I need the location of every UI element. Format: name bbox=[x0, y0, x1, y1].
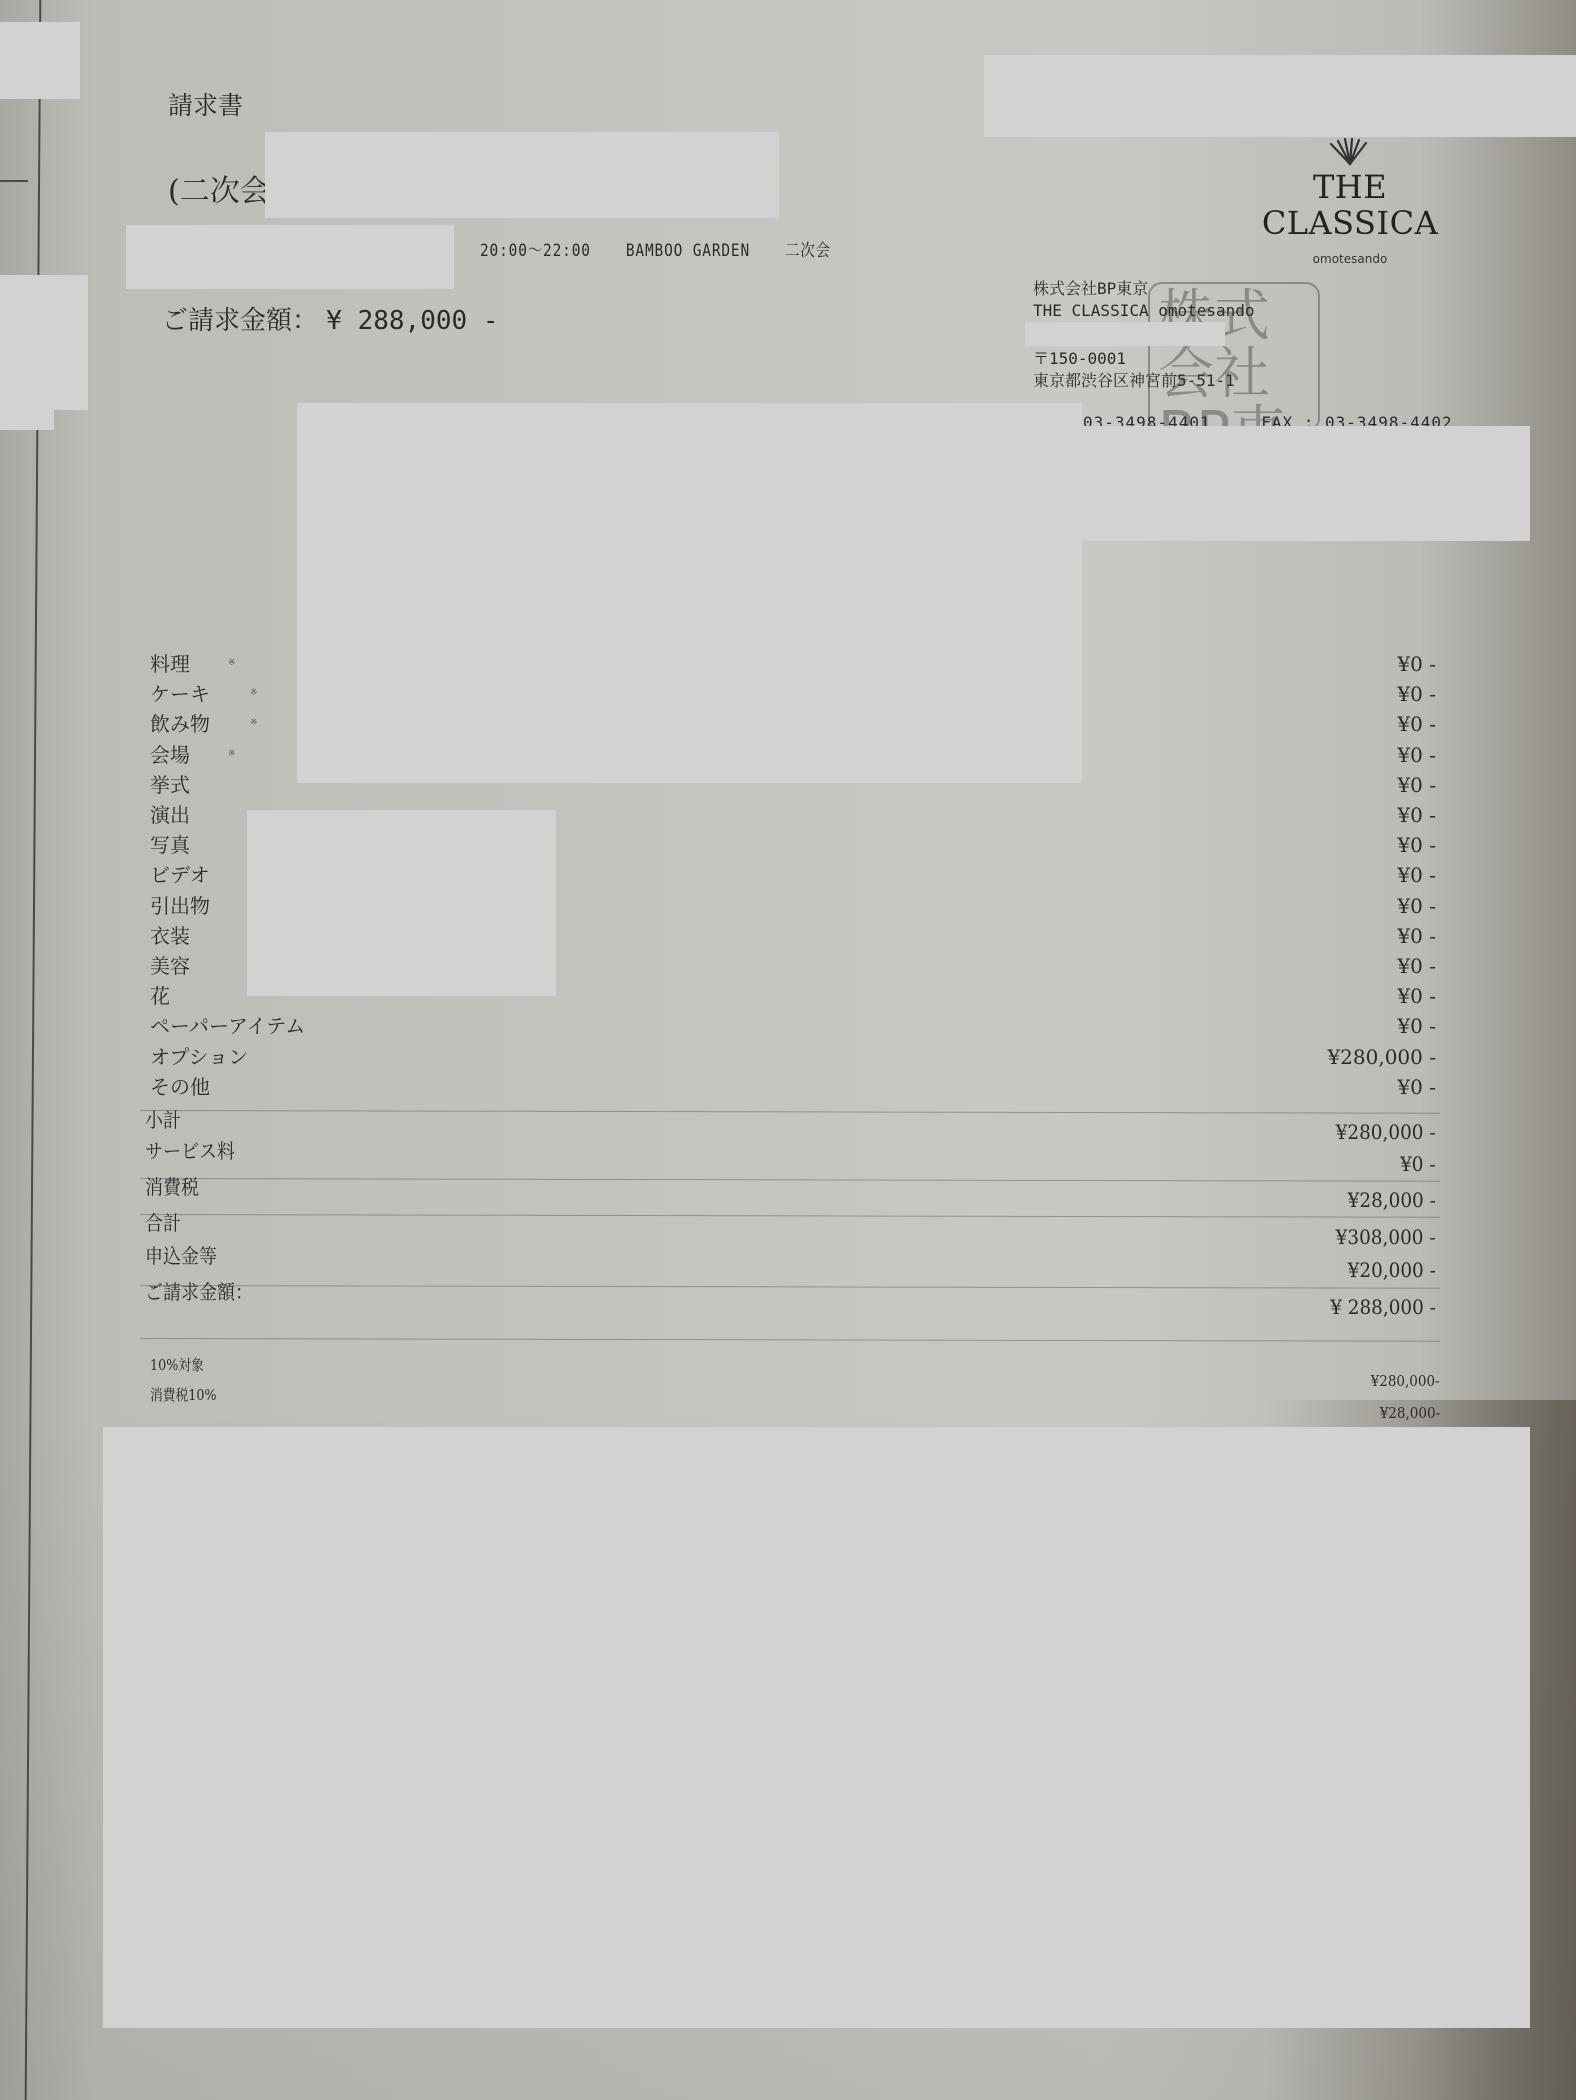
line-item-label: 写真 bbox=[150, 829, 190, 858]
billing-amount-label: ご請求金額： bbox=[162, 306, 318, 336]
summary-value: ¥20,000 - bbox=[1348, 1258, 1436, 1282]
line-item-label: ペーパーアイテム bbox=[150, 1010, 305, 1039]
summary-value: ¥308,000 - bbox=[1336, 1225, 1436, 1249]
line-item-mark: ※ bbox=[228, 658, 236, 668]
line-item-value: ¥0 - bbox=[1397, 803, 1436, 827]
redaction-box bbox=[0, 22, 80, 99]
summary-label: 消費税 bbox=[145, 1171, 199, 1200]
redaction-box bbox=[297, 403, 1082, 783]
summary-value: ¥280,000 - bbox=[1336, 1120, 1436, 1144]
tax-label: 10%対象 bbox=[150, 1354, 204, 1375]
postal-code: 〒150-0001 bbox=[1033, 346, 1126, 369]
logo-line2: CLASSICA bbox=[1260, 208, 1440, 238]
redaction-box bbox=[984, 55, 1576, 137]
company-name: 株式会社BP東京 bbox=[1033, 278, 1255, 300]
redaction-box bbox=[126, 225, 454, 289]
line-item-value: ¥0 - bbox=[1397, 924, 1436, 948]
line-item-label: 演出 bbox=[150, 799, 190, 828]
tax-label: 消費税10% bbox=[150, 1384, 217, 1405]
paper-fold-mark bbox=[0, 180, 28, 182]
summary-value: ¥ 288,000 - bbox=[1330, 1295, 1436, 1319]
tax-value: ¥280,000- bbox=[1371, 1372, 1440, 1390]
line-item-value: ¥280,000 - bbox=[1327, 1045, 1436, 1069]
redaction-box bbox=[265, 132, 779, 218]
line-item-value: ¥0 - bbox=[1397, 894, 1436, 918]
document-title: 請求書 bbox=[168, 86, 243, 122]
summary-label: ご請求金額： bbox=[145, 1276, 253, 1305]
redaction-box bbox=[247, 810, 556, 996]
event-venue: BAMBOO GARDEN bbox=[626, 241, 750, 261]
divider-rule bbox=[140, 1285, 1440, 1289]
line-item-value: ¥0 - bbox=[1397, 1075, 1436, 1099]
event-info: 20:00〜22:00 BAMBOO GARDEN 二次会 bbox=[480, 236, 856, 261]
line-item-value: ¥0 - bbox=[1397, 1014, 1436, 1038]
line-item-value: ¥0 - bbox=[1397, 984, 1436, 1008]
line-item-value: ¥0 - bbox=[1397, 863, 1436, 887]
billing-amount-header: ご請求金額： ¥ 288,000 - bbox=[162, 300, 498, 337]
line-item-value: ¥0 - bbox=[1397, 712, 1436, 736]
redaction-box bbox=[0, 400, 54, 430]
line-item-value: ¥0 - bbox=[1397, 743, 1436, 767]
line-item-label: 引出物 bbox=[150, 890, 210, 919]
line-item-label: ビデオ bbox=[150, 859, 210, 888]
line-item-mark: ※ bbox=[250, 688, 258, 698]
event-time: 20:00〜22:00 bbox=[480, 241, 591, 261]
billing-amount-value: ¥ 288,000 - bbox=[326, 306, 498, 336]
line-item-value: ¥0 - bbox=[1397, 833, 1436, 857]
line-item-label: 美容 bbox=[150, 950, 190, 979]
line-item-mark: ※ bbox=[228, 749, 236, 759]
line-item-label: 挙式 bbox=[150, 769, 190, 798]
divider-rule bbox=[140, 1178, 1440, 1182]
divider-rule bbox=[140, 1110, 1440, 1114]
summary-value: ¥28,000 - bbox=[1348, 1188, 1436, 1212]
divider-rule bbox=[140, 1214, 1440, 1218]
logo-line1: THE bbox=[1260, 172, 1440, 202]
line-item-label: その他 bbox=[150, 1071, 210, 1100]
divider-rule bbox=[140, 1338, 1440, 1342]
line-item-value: ¥0 - bbox=[1397, 652, 1436, 676]
redaction-box bbox=[1025, 322, 1225, 346]
issuer-logo: THE CLASSICA omotesando bbox=[1260, 138, 1440, 266]
redaction-box bbox=[1082, 426, 1530, 541]
line-item-label: 花 bbox=[150, 980, 170, 1009]
line-item-label: オプション bbox=[150, 1041, 248, 1070]
venue-name: THE CLASSICA omotesando bbox=[1033, 300, 1255, 322]
tax-value: ¥28,000- bbox=[1380, 1404, 1440, 1422]
redaction-box bbox=[103, 1427, 1530, 2028]
summary-label: 申込金等 bbox=[145, 1240, 217, 1269]
summary-value: ¥0 - bbox=[1401, 1152, 1436, 1176]
summary-label: サービス料 bbox=[145, 1135, 235, 1164]
fan-logo-icon bbox=[1325, 138, 1375, 166]
summary-label: 合計 bbox=[145, 1207, 181, 1236]
line-item-label: ケーキ bbox=[150, 678, 210, 707]
line-item-value: ¥0 - bbox=[1397, 682, 1436, 706]
issuer-company: 株式会社BP東京 THE CLASSICA omotesando bbox=[1033, 278, 1255, 322]
redaction-box bbox=[0, 275, 88, 410]
line-item-label: 飲み物 bbox=[150, 708, 210, 737]
line-item-label: 会場 bbox=[150, 739, 190, 768]
summary-label: 小計 bbox=[145, 1104, 181, 1133]
line-item-value: ¥0 - bbox=[1397, 773, 1436, 797]
line-item-value: ¥0 - bbox=[1397, 954, 1436, 978]
event-type: 二次会 bbox=[785, 241, 831, 261]
line-item-label: 料理 bbox=[150, 648, 190, 677]
issuer-address: 東京都渋谷区神宮前5-51-1 bbox=[1033, 368, 1235, 391]
event-title: (二次会 bbox=[168, 166, 270, 210]
logo-subtitle: omotesando bbox=[1260, 252, 1440, 266]
line-item-label: 衣装 bbox=[150, 920, 190, 949]
line-item-mark: ※ bbox=[250, 718, 258, 728]
